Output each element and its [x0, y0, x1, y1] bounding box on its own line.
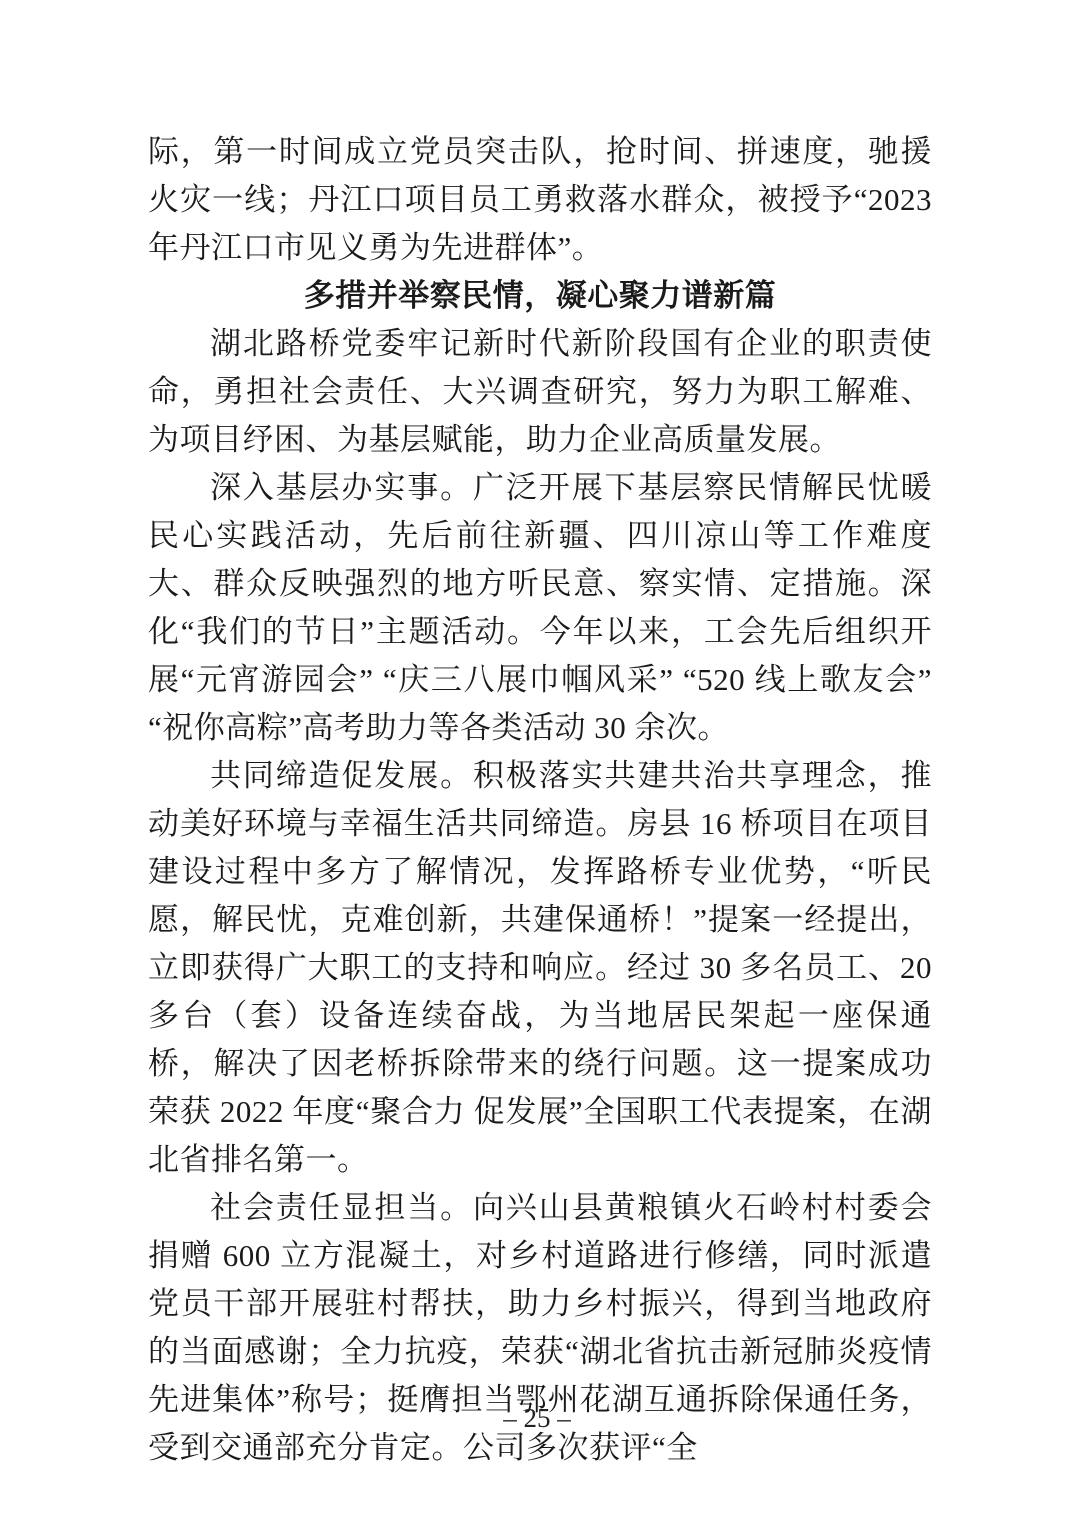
page-number: – 25 – — [0, 1398, 1074, 1438]
paragraph: 共同缔造促发展。积极落实共建共治共享理念，推动美好环境与幸福生活共同缔造。房县 … — [148, 752, 932, 1184]
document-page: 际，第一时间成立党员突击队，抢时间、拼速度，驰援火灾一线；丹江口项目员工勇救落水… — [0, 0, 1074, 1520]
paragraph: 深入基层办实事。广泛开展下基层察民情解民忧暖民心实践活动，先后前往新疆、四川凉山… — [148, 464, 932, 752]
paragraph: 湖北路桥党委牢记新时代新阶段国有企业的职责使命，勇担社会责任、大兴调查研究，努力… — [148, 320, 932, 464]
document-body: 际，第一时间成立党员突击队，抢时间、拼速度，驰援火灾一线；丹江口项目员工勇救落水… — [148, 128, 932, 1472]
section-heading: 多措并举察民情，凝心聚力谱新篇 — [148, 272, 932, 320]
paragraph-continuation: 际，第一时间成立党员突击队，抢时间、拼速度，驰援火灾一线；丹江口项目员工勇救落水… — [148, 128, 932, 272]
